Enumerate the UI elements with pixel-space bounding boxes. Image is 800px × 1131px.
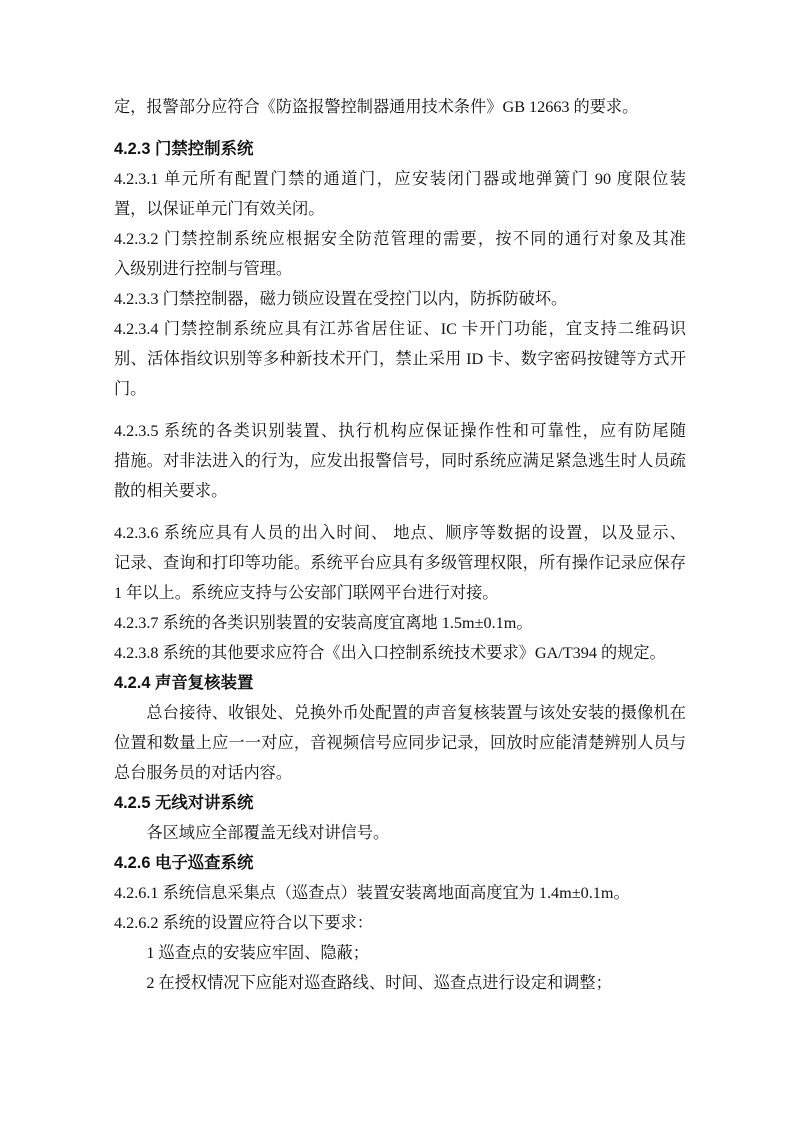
section-heading: 4.2.6 电子巡查系统	[114, 848, 686, 878]
text-line: 别、活体指纹识别等多种新技术开门，禁止采用 ID 卡、数字密码按键等方式开	[114, 344, 686, 374]
text-line: 总台服务员的对话内容。	[114, 758, 686, 788]
heading-4-2-4: 4.2.4 声音复核装置	[114, 668, 686, 698]
text-line: 4.2.3.3 门禁控制器，磁力锁应设置在受控门以内，防拆防破坏。	[114, 284, 686, 314]
document-page: 定，报警部分应符合《防盗报警控制器通用技术条件》GB 12663 的要求。 4.…	[114, 92, 686, 998]
text-line: 散的相关要求。	[114, 476, 686, 506]
text-line: 门。	[114, 374, 686, 404]
section-heading: 4.2.4 声音复核装置	[114, 668, 686, 698]
para-4-2-3-7: 4.2.3.7 系统的各类识别装置的安装高度宜离地 1.5m±0.1m。	[114, 608, 686, 638]
text-line: 4.2.3.2 门禁控制系统应根据安全防范管理的需要，按不同的通行对象及其准	[114, 224, 686, 254]
para-4-2-3-1: 4.2.3.1 单元所有配置门禁的通道门，应安装闭门器或地弹簧门 90 度限位装…	[114, 164, 686, 224]
list-item-text: 2 在授权情况下应能对巡查路线、时间、巡查点进行设定和调整；	[114, 968, 686, 998]
para-4-2-3-5: 4.2.3.5 系统的各类识别装置、执行机构应保证操作性和可靠性，应有防尾随 措…	[114, 416, 686, 506]
para-4-2-6-1: 4.2.6.1 系统信息采集点（巡查点）装置安装离地面高度宜为 1.4m±0.1…	[114, 878, 686, 908]
section-heading: 4.2.3 门禁控制系统	[114, 134, 686, 164]
text-line: 1 年以上。系统应支持与公安部门联网平台进行对接。	[114, 578, 686, 608]
text-line: 4.2.3.1 单元所有配置门禁的通道门，应安装闭门器或地弹簧门 90 度限位装	[114, 164, 686, 194]
text-line: 4.2.3.5 系统的各类识别装置、执行机构应保证操作性和可靠性，应有防尾随	[114, 416, 686, 446]
para-4-2-4-body: 总台接待、收银处、兑换外币处配置的声音复核装置与该处安装的摄像机在 位置和数量上…	[114, 698, 686, 788]
para-continuation: 定，报警部分应符合《防盗报警控制器通用技术条件》GB 12663 的要求。	[114, 92, 686, 122]
para-4-2-3-2: 4.2.3.2 门禁控制系统应根据安全防范管理的需要，按不同的通行对象及其准 入…	[114, 224, 686, 284]
text-line: 定，报警部分应符合《防盗报警控制器通用技术条件》GB 12663 的要求。	[114, 92, 686, 122]
list-item-2: 2 在授权情况下应能对巡查路线、时间、巡查点进行设定和调整；	[114, 968, 686, 998]
list-item-text: 1 巡查点的安装应牢固、隐蔽；	[114, 938, 686, 968]
para-4-2-3-4: 4.2.3.4 门禁控制系统应具有江苏省居住证、IC 卡开门功能，宜支持二维码识…	[114, 314, 686, 404]
para-4-2-3-8: 4.2.3.8 系统的其他要求应符合《出入口控制系统技术要求》GA/T394 的…	[114, 638, 686, 668]
text-line: 4.2.3.7 系统的各类识别装置的安装高度宜离地 1.5m±0.1m。	[114, 608, 686, 638]
para-4-2-3-3: 4.2.3.3 门禁控制器，磁力锁应设置在受控门以内，防拆防破坏。	[114, 284, 686, 314]
heading-4-2-3: 4.2.3 门禁控制系统	[114, 134, 686, 164]
list-item-1: 1 巡查点的安装应牢固、隐蔽；	[114, 938, 686, 968]
text-line: 4.2.6.1 系统信息采集点（巡查点）装置安装离地面高度宜为 1.4m±0.1…	[114, 878, 686, 908]
para-4-2-6-2: 4.2.6.2 系统的设置应符合以下要求：	[114, 908, 686, 938]
text-line: 4.2.6.2 系统的设置应符合以下要求：	[114, 908, 686, 938]
heading-4-2-6: 4.2.6 电子巡查系统	[114, 848, 686, 878]
text-line: 措施。对非法进入的行为，应发出报警信号，同时系统应满足紧急逃生时人员疏	[114, 446, 686, 476]
text-line: 4.2.3.8 系统的其他要求应符合《出入口控制系统技术要求》GA/T394 的…	[114, 638, 686, 668]
para-4-2-3-6: 4.2.3.6 系统应具有人员的出入时间、 地点、顺序等数据的设置，以及显示、 …	[114, 518, 686, 608]
section-heading: 4.2.5 无线对讲系统	[114, 788, 686, 818]
text-line: 4.2.3.4 门禁控制系统应具有江苏省居住证、IC 卡开门功能，宜支持二维码识	[114, 314, 686, 344]
text-line: 记录、查询和打印等功能。系统平台应具有多级管理权限，所有操作记录应保存	[114, 548, 686, 578]
text-line: 总台接待、收银处、兑换外币处配置的声音复核装置与该处安装的摄像机在	[114, 698, 686, 728]
text-line: 置，以保证单元门有效关闭。	[114, 194, 686, 224]
text-line: 入级别进行控制与管理。	[114, 254, 686, 284]
para-4-2-5-body: 各区域应全部覆盖无线对讲信号。	[114, 818, 686, 848]
text-line: 各区域应全部覆盖无线对讲信号。	[114, 818, 686, 848]
text-line: 位置和数量上应一一对应，音视频信号应同步记录，回放时应能清楚辨别人员与	[114, 728, 686, 758]
text-line: 4.2.3.6 系统应具有人员的出入时间、 地点、顺序等数据的设置，以及显示、	[114, 518, 686, 548]
heading-4-2-5: 4.2.5 无线对讲系统	[114, 788, 686, 818]
